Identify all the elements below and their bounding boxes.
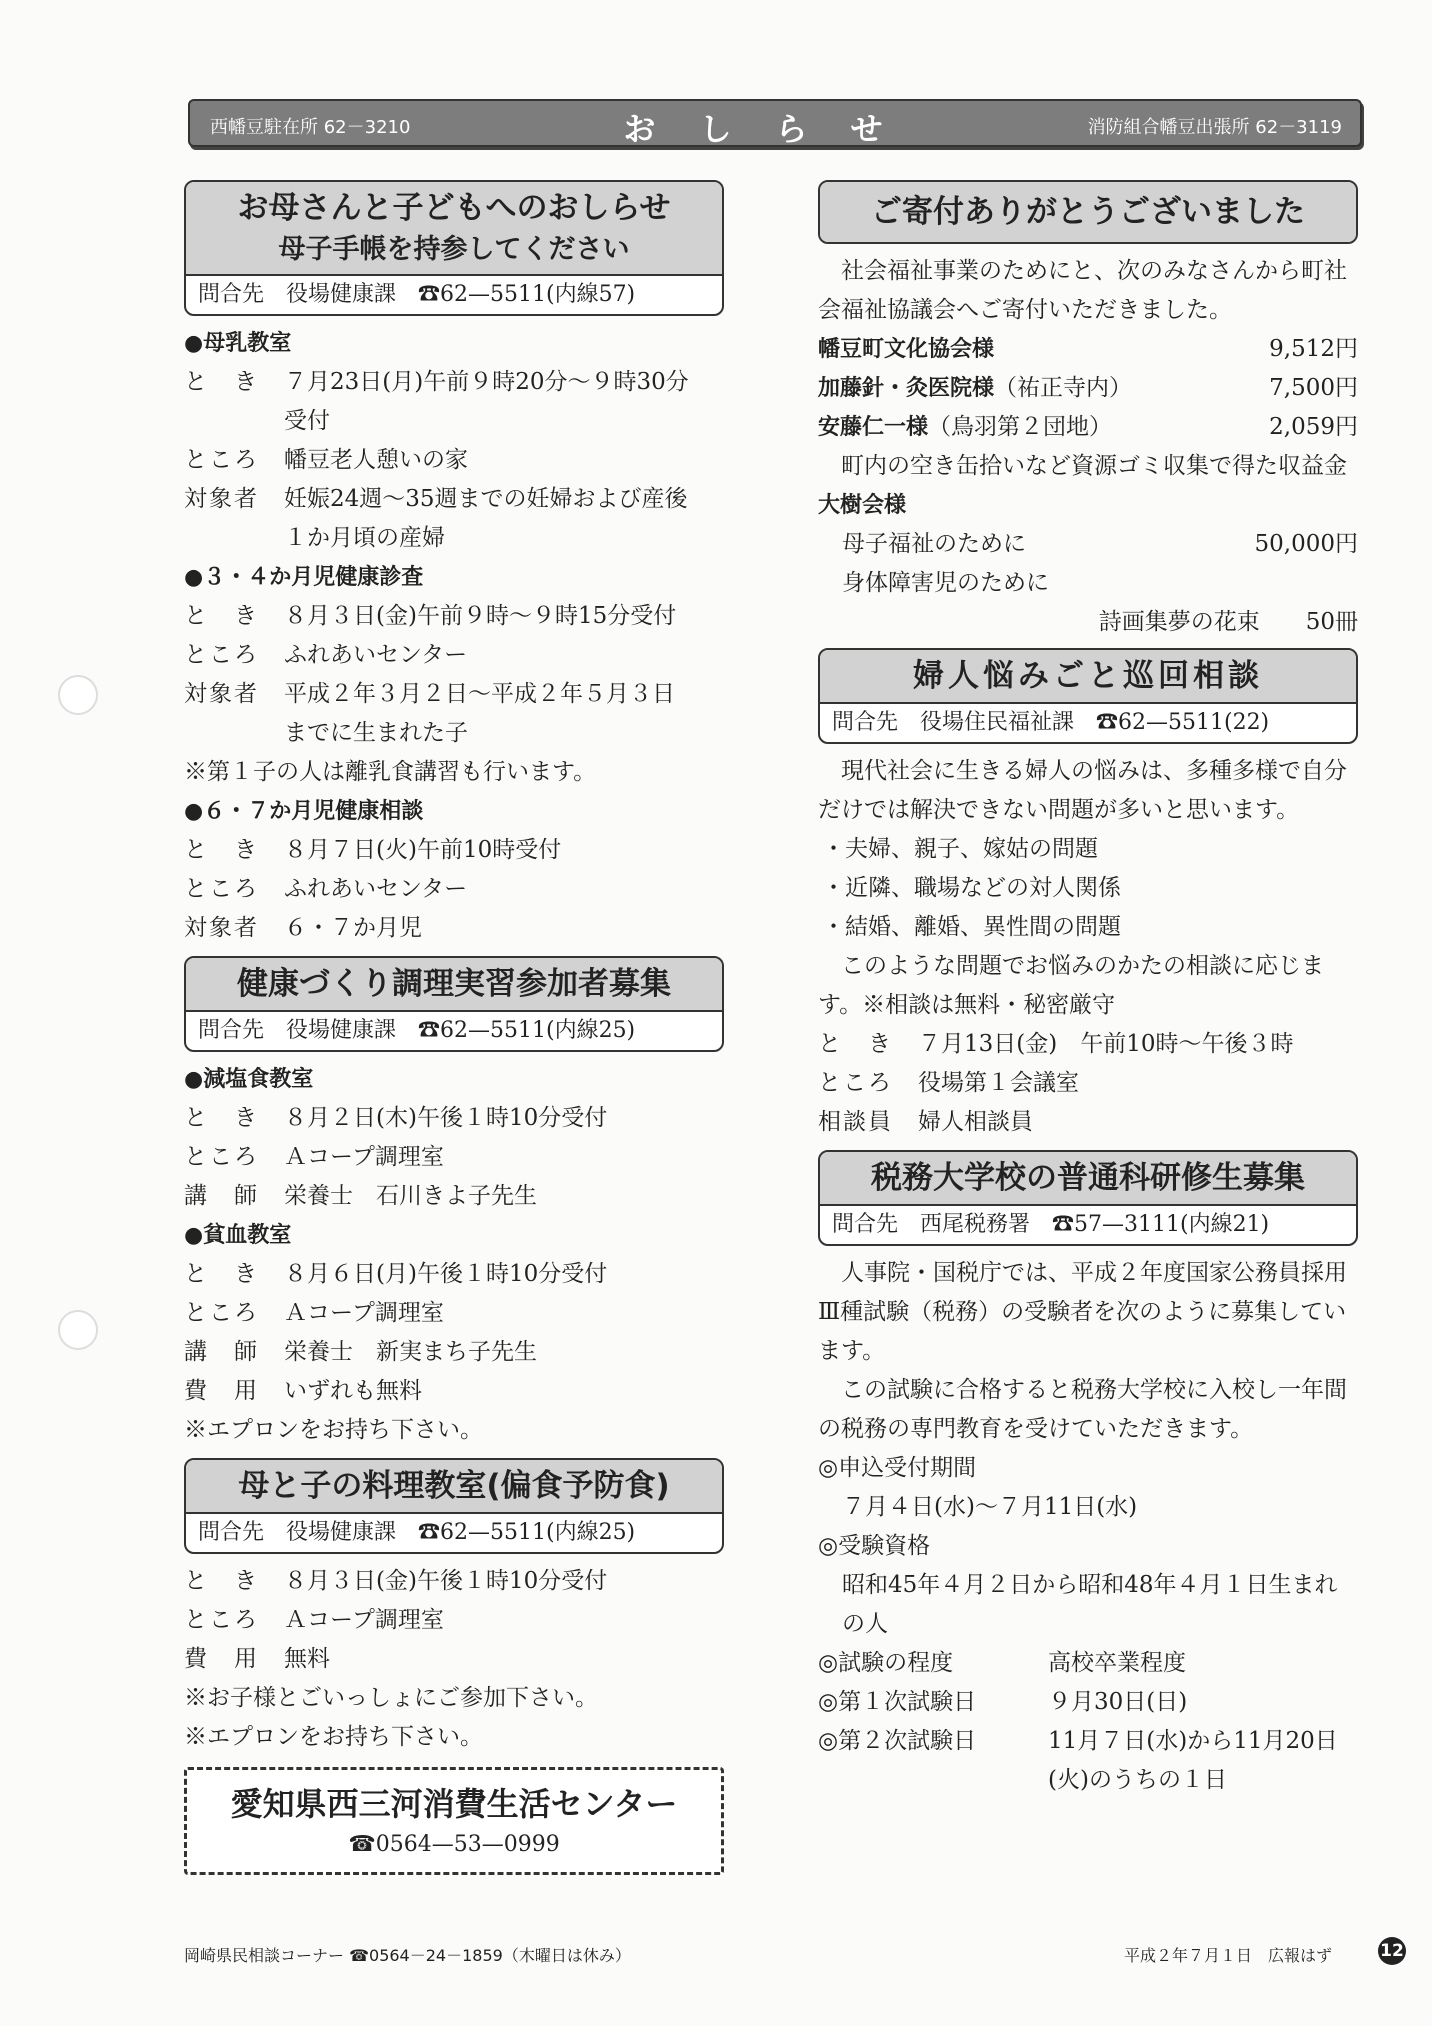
cooking-practice-box: 健康づくり調理実習参加者募集 問合先 役場健康課 ☎62—5511(内線25)	[184, 956, 724, 1052]
women-consultation-box: 婦人悩みごと巡回相談 問合先 役場住民福祉課 ☎62—5511(22)	[818, 648, 1358, 744]
mother-child-notice-box: お母さんと子どもへのおしらせ 母子手帳を持参してください 問合先 役場健康課 ☎…	[184, 180, 724, 316]
info-row: ところＡコープ調理室	[184, 1601, 724, 1640]
info-row: ところふれあいセンター	[184, 636, 724, 675]
donor-row: 安藤仁一様（鳥羽第２団地） 2,059円	[818, 408, 1358, 447]
row-label: ところ	[184, 1601, 284, 1640]
info-row: 相談員婦人相談員	[818, 1103, 1358, 1142]
info-row: 対象者６・７か月児	[184, 909, 724, 948]
mother-child-cooking-box: 母と子の料理教室(偏食予防食) 問合先 役場健康課 ☎62—5511(内線25)	[184, 1458, 724, 1554]
donor-name: 大樹会様	[818, 486, 906, 525]
section-title: お母さんと子どもへのおしらせ 母子手帳を持参してください	[186, 182, 722, 274]
item-note: ※エプロンをお持ち下さい。	[184, 1718, 724, 1757]
donor-amount: 2,059円	[1269, 408, 1358, 447]
info-row: ところ幡豆老人憩いの家	[184, 441, 724, 480]
row-value: ８月３日(金)午前９時～９時15分受付	[284, 597, 724, 636]
consumer-center-box: 愛知県西三河消費生活センター ☎0564—53—0999	[184, 1767, 724, 1875]
row-value: 平成２年３月２日～平成２年５月３日	[284, 675, 724, 714]
info-row: ところＡコープ調理室	[184, 1138, 724, 1177]
info-row: ところＡコープ調理室	[184, 1294, 724, 1333]
contact-info: 問合先 役場住民福祉課 ☎62—5511(22)	[820, 702, 1356, 742]
contact-info: 問合先 役場健康課 ☎62—5511(内線25)	[186, 1512, 722, 1552]
item-heading: ●６・７か月児健康相談	[184, 792, 724, 831]
donor-amount: 9,512円	[1269, 330, 1358, 369]
row-value: 無料	[284, 1640, 724, 1679]
row-value: ７月23日(月)午前９時20分～９時30分	[284, 363, 724, 402]
row-value: Ａコープ調理室	[284, 1601, 724, 1640]
item-note: ※お子様とごいっしょにご参加下さい。	[184, 1679, 724, 1718]
left-column: お母さんと子どもへのおしらせ 母子手帳を持参してください 問合先 役場健康課 ☎…	[184, 180, 724, 1875]
item-note: ※エプロンをお持ち下さい。	[184, 1411, 724, 1450]
section-subtitle: 母子手帳を持参してください	[194, 230, 714, 270]
row-value: ７月13日(金) 午前10時～午後３時	[918, 1025, 1358, 1064]
info-row: と き８月７日(火)午前10時受付	[184, 831, 724, 870]
row-value: いずれも無料	[284, 1372, 724, 1411]
donor-name: 幡豆町文化協会様	[818, 330, 994, 369]
row-label: 費 用	[184, 1372, 284, 1411]
row-label: ところ	[818, 1064, 918, 1103]
row-label: 対象者	[184, 675, 284, 714]
row-value: ９月30日(日)	[1048, 1683, 1187, 1722]
section-title: 税務大学校の普通科研修生募集	[820, 1152, 1356, 1204]
page-header-bar: 西幡豆駐在所 62－3210 おしらせ 消防組合幡豆出張所 62－3119	[188, 99, 1362, 147]
anemia-class: ●貧血教室 と き８月６日(月)午後１時10分受付 ところＡコープ調理室 講 師…	[184, 1216, 724, 1450]
row-value: ８月７日(火)午前10時受付	[284, 831, 724, 870]
row-label: と き	[184, 597, 284, 636]
donor-row: 幡豆町文化協会様 9,512円	[818, 330, 1358, 369]
row-value: 高校卒業程度	[1048, 1644, 1186, 1683]
donations-intro: 社会福祉事業のためにと、次のみなさんから町社会福祉協議会へご寄付いただきました。	[818, 252, 1358, 330]
item-note: ※第１子の人は離乳食講習も行います。	[184, 753, 724, 792]
row-label: ◎試験の程度	[818, 1644, 1048, 1683]
row-value: 役場第１会議室	[918, 1064, 1358, 1103]
infant-consult-6-7-months: ●６・７か月児健康相談 と き８月７日(火)午前10時受付 ところふれあいセンタ…	[184, 792, 724, 948]
eligibility-label: ◎受験資格	[818, 1527, 1358, 1566]
row-label: と き	[184, 1255, 284, 1294]
row-label	[184, 402, 284, 441]
row-value: 栄養士 新実まち子先生	[284, 1333, 724, 1372]
donation-purpose: 身体障害児のために	[842, 564, 1049, 603]
info-row: 対象者妊娠24週～35週までの妊婦および産後	[184, 480, 724, 519]
info-row: ところ役場第１会議室	[818, 1064, 1358, 1103]
info-row: と き７月13日(金) 午前10時～午後３時	[818, 1025, 1358, 1064]
row-label: ところ	[184, 1294, 284, 1333]
header-fire-station: 消防組合幡豆出張所 62－3119	[1088, 113, 1342, 139]
row-value: ８月３日(金)午後１時10分受付	[284, 1562, 724, 1601]
row-value: ８月２日(木)午後１時10分受付	[284, 1099, 724, 1138]
row-value: Ａコープ調理室	[284, 1294, 724, 1333]
row-label: ◎第１次試験日	[818, 1683, 1048, 1722]
contact-info: 問合先 西尾税務署 ☎57—3111(内線21)	[820, 1204, 1356, 1244]
donation-purpose-row: 母子福祉のために 50,000円	[818, 525, 1358, 564]
row-label: と き	[184, 831, 284, 870]
contact-info: 問合先 役場健康課 ☎62—5511(内線25)	[186, 1010, 722, 1050]
section-title-text: お母さんと子どもへのおしらせ	[237, 190, 670, 226]
info-row: １か月頃の産婦	[184, 519, 724, 558]
item-heading: ●減塩食教室	[184, 1060, 724, 1099]
row-value: までに生まれた子	[284, 714, 724, 753]
exam-info-row: ◎第１次試験日９月30日(日)	[818, 1683, 1358, 1722]
info-row: ところふれあいセンター	[184, 870, 724, 909]
row-label: 対象者	[184, 480, 284, 519]
section-title: 健康づくり調理実習参加者募集	[186, 958, 722, 1010]
row-value: 11月７日(水)から11月20日(火)のうちの１日	[1048, 1722, 1358, 1800]
info-row: と き８月３日(金)午後１時10分受付	[184, 1562, 724, 1601]
tax-college-para-2: この試験に合格すると税務大学校に入校し一年間の税務の専門教育を受けていただきます…	[818, 1371, 1358, 1449]
page-number-badge: 12	[1378, 1937, 1406, 1965]
info-row: と き８月６日(月)午後１時10分受付	[184, 1255, 724, 1294]
donations-box: ご寄付ありがとうございました	[818, 180, 1358, 244]
row-label: ところ	[184, 870, 284, 909]
donor-note: （鳥羽第２団地）	[928, 414, 1112, 440]
row-label: と き	[818, 1025, 918, 1064]
row-label: 講 師	[184, 1333, 284, 1372]
tax-college-para-1: 人事院・国税庁では、平成２年度国家公務員採用Ⅲ種試験（税務）の受験者を次のように…	[818, 1254, 1358, 1371]
info-row: 費 用いずれも無料	[184, 1372, 724, 1411]
row-label	[184, 519, 284, 558]
info-row: と き８月３日(金)午前９時～９時15分受付	[184, 597, 724, 636]
row-label	[184, 714, 284, 753]
consultation-topic: ・近隣、職場などの対人関係	[818, 869, 1358, 908]
donor-row: 加藤針・灸医院様（祐正寺内） 7,500円	[818, 369, 1358, 408]
footer-publication-date: 平成２年７月１日 広報はず	[1124, 1943, 1332, 1966]
row-label: ところ	[184, 441, 284, 480]
consultation-outro: このような問題でお悩みのかたの相談に応じます。※相談は無料・秘密厳守	[818, 947, 1358, 1025]
section-title: 母と子の料理教室(偏食予防食)	[186, 1460, 722, 1512]
breastfeeding-class: ●母乳教室 と き７月23日(月)午前９時20分～９時30分 受付 ところ幡豆老…	[184, 324, 724, 558]
row-label: と き	[184, 363, 284, 402]
row-label: 相談員	[818, 1103, 918, 1142]
section-title: ご寄付ありがとうございました	[820, 182, 1356, 242]
mother-child-cooking-details: と き８月３日(金)午後１時10分受付 ところＡコープ調理室 費 用無料 ※お子…	[184, 1562, 724, 1757]
row-label: ところ	[184, 636, 284, 675]
row-value: 受付	[284, 402, 724, 441]
row-label: 対象者	[184, 909, 284, 948]
row-value: 妊娠24週～35週までの妊婦および産後	[284, 480, 724, 519]
row-value: ふれあいセンター	[284, 870, 724, 909]
infant-checkup-3-4-months: ●３・４か月児健康診査 と き８月３日(金)午前９時～９時15分受付 ところふれ…	[184, 558, 724, 792]
application-period-value: ７月４日(水)～７月11日(水)	[818, 1488, 1358, 1527]
punch-hole-bottom	[58, 1310, 98, 1350]
row-label: ところ	[184, 1138, 284, 1177]
info-row: 講 師栄養士 新実まち子先生	[184, 1333, 724, 1372]
consultation-topic: ・結婚、離婚、異性間の問題	[818, 908, 1358, 947]
application-period-label: ◎申込受付期間	[818, 1449, 1358, 1488]
donation-purpose-row: 身体障害児のために	[818, 564, 1358, 603]
info-row: と き７月23日(月)午前９時20分～９時30分	[184, 363, 724, 402]
row-value: ふれあいセンター	[284, 636, 724, 675]
row-value: ６・７か月児	[284, 909, 724, 948]
contact-info: 問合先 役場健康課 ☎62—5511(内線57)	[186, 274, 722, 314]
row-value: Ａコープ調理室	[284, 1138, 724, 1177]
donor-amount: 50,000円	[1255, 525, 1358, 564]
donor-name: 安藤仁一様	[818, 415, 928, 440]
info-row: と き８月２日(木)午後１時10分受付	[184, 1099, 724, 1138]
info-row: 受付	[184, 402, 724, 441]
item-heading: ●母乳教室	[184, 324, 724, 363]
row-label: ◎第２次試験日	[818, 1722, 1048, 1800]
row-value: 栄養士 石川きよ子先生	[284, 1177, 724, 1216]
info-row: 費 用無料	[184, 1640, 724, 1679]
item-heading: ●貧血教室	[184, 1216, 724, 1255]
info-row: 講 師栄養士 石川きよ子先生	[184, 1177, 724, 1216]
row-value: ８月６日(月)午後１時10分受付	[284, 1255, 724, 1294]
row-label: 費 用	[184, 1640, 284, 1679]
donor-row: 大樹会様	[818, 486, 1358, 525]
eligibility-value: 昭和45年４月２日から昭和48年４月１日生まれの人	[818, 1566, 1358, 1644]
donor-amount: 7,500円	[1269, 369, 1358, 408]
item-heading: ●３・４か月児健康診査	[184, 558, 724, 597]
info-row: 対象者平成２年３月２日～平成２年５月３日	[184, 675, 724, 714]
donor-note-text: 町内の空き缶拾いなど資源ゴミ収集で得た収益金	[818, 447, 1358, 486]
donation-gift: 詩画集夢の花束 50冊	[818, 603, 1358, 642]
consultation-topic: ・夫婦、親子、嫁姑の問題	[818, 830, 1358, 869]
low-salt-class: ●減塩食教室 と き８月２日(木)午後１時10分受付 ところＡコープ調理室 講 …	[184, 1060, 724, 1216]
footer-consultation-corner: 岡崎県民相談コーナー ☎0564－24－1859（木曜日は休み）	[184, 1943, 631, 1966]
consultation-intro: 現代社会に生きる婦人の悩みは、多種多様で自分だけでは解決できない問題が多いと思い…	[818, 752, 1358, 830]
punch-hole-top	[58, 675, 98, 715]
right-column: ご寄付ありがとうございました 社会福祉事業のためにと、次のみなさんから町社会福祉…	[818, 180, 1358, 1800]
exam-info-row: ◎第２次試験日11月７日(水)から11月20日(火)のうちの１日	[818, 1722, 1358, 1800]
consumer-center-phone: ☎0564—53—0999	[197, 1828, 711, 1862]
exam-info-row: ◎試験の程度高校卒業程度	[818, 1644, 1358, 1683]
donor-note: （祐正寺内）	[994, 375, 1132, 401]
row-label: と き	[184, 1099, 284, 1138]
consumer-center-title: 愛知県西三河消費生活センター	[197, 1780, 711, 1828]
row-value: 婦人相談員	[918, 1103, 1358, 1142]
row-label: と き	[184, 1562, 284, 1601]
row-value: １か月頃の産婦	[284, 519, 724, 558]
row-label: 講 師	[184, 1177, 284, 1216]
row-value: 幡豆老人憩いの家	[284, 441, 724, 480]
section-title: 婦人悩みごと巡回相談	[820, 650, 1356, 702]
tax-college-box: 税務大学校の普通科研修生募集 問合先 西尾税務署 ☎57—3111(内線21)	[818, 1150, 1358, 1246]
donation-purpose: 母子福祉のために	[842, 525, 1026, 564]
donor-name: 加藤針・灸医院様	[818, 376, 994, 401]
info-row: までに生まれた子	[184, 714, 724, 753]
